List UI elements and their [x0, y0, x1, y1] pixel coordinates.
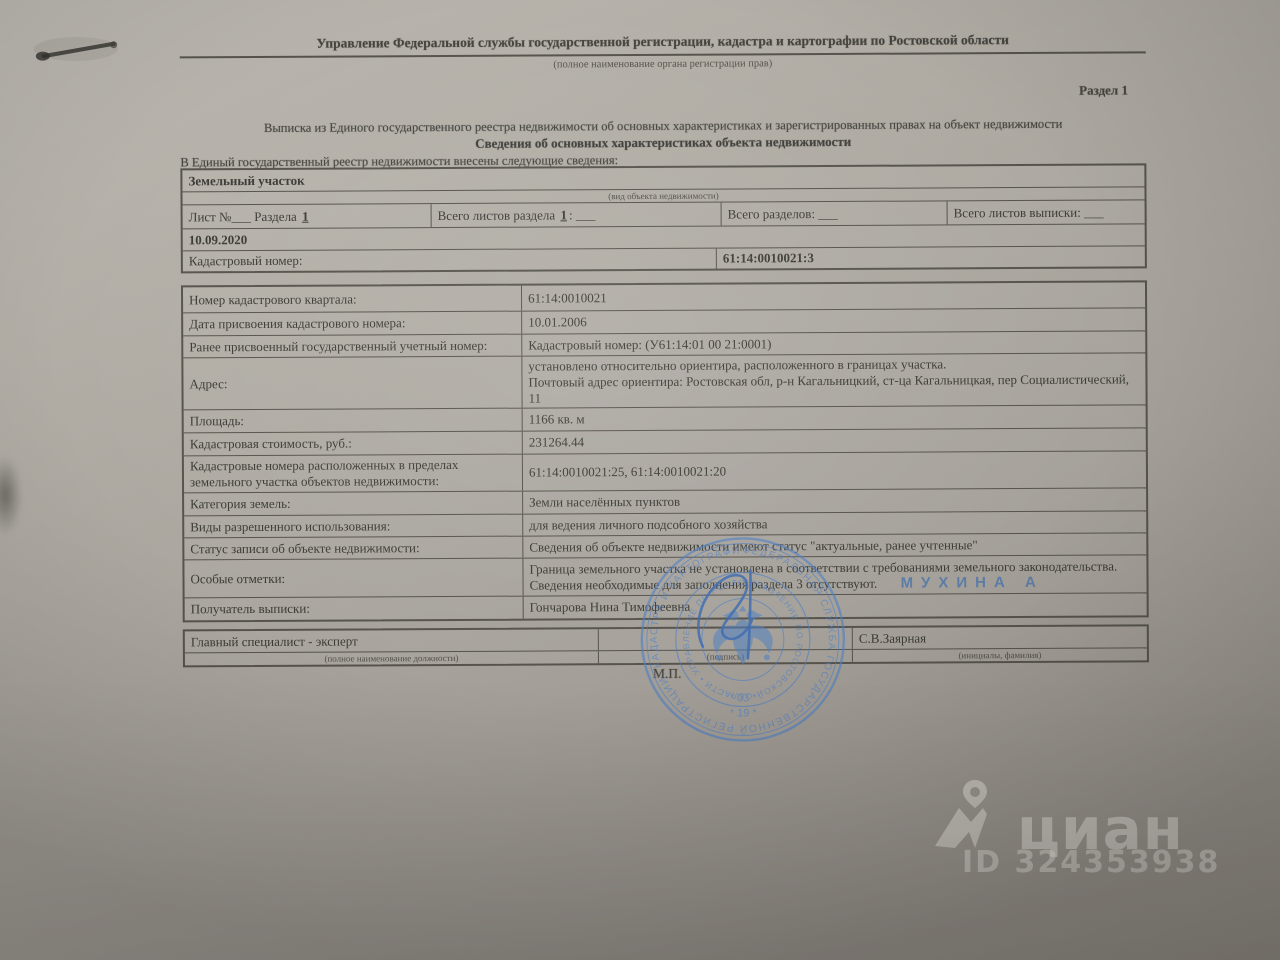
row-label: Номер кадастрового квартала:	[183, 289, 521, 309]
document-titles: Выписка из Единого государственного реес…	[180, 116, 1146, 170]
row-value: 231264.44	[522, 428, 1146, 453]
section-label: Раздел 1	[180, 82, 1128, 103]
cian-listing-id: ID 324353938	[962, 845, 1220, 880]
row-label: Виды разрешенного использования:	[184, 516, 522, 536]
sheet-section-number: 1	[300, 208, 311, 223]
row-label: Площадь:	[184, 411, 522, 431]
row-label: Ранее присвоенный государственный учетны…	[183, 336, 521, 356]
row-label: Получатель выписки:	[185, 599, 523, 619]
sheet-info-row: Лист №___ Раздела 1 Всего листов раздела…	[183, 199, 1145, 228]
row-label: Адрес:	[183, 373, 521, 393]
official-position: Главный специалист - эксперт	[185, 631, 598, 651]
table-row: Номер кадастрового квартала: 61:14:00100…	[183, 282, 1145, 312]
document-header: Управление Федеральной службы государств…	[180, 31, 1146, 72]
sheet-section-label: Раздела	[254, 208, 297, 223]
sheet-number-blank: ___	[231, 209, 251, 224]
total-sections-cell: Всего разделов: ___	[721, 201, 947, 225]
total-sheets-label: Всего листов раздела	[438, 207, 556, 224]
table-row: Кадастровые номера расположенных в преде…	[184, 450, 1146, 492]
staple-mark-icon	[26, 29, 136, 80]
total-extract-sheets-label: Всего листов выписки:	[954, 204, 1081, 221]
cian-watermark: циан	[933, 778, 1184, 852]
row-value: Земли населённых пунктов	[522, 488, 1146, 513]
row-value: для ведения личного подсобного хозяйства	[522, 511, 1146, 535]
total-sheets-colon: :	[569, 207, 573, 223]
cadastral-number-label: Кадастровый номер:	[183, 250, 716, 271]
stamp-number-bottom: * 19 *	[730, 707, 758, 719]
cadastral-number-value: 61:14:0010021:3	[716, 246, 1145, 268]
object-info-table: Земельный участок (вид объекта недвижимо…	[180, 163, 1147, 273]
total-sections-blank: ___	[818, 205, 838, 221]
total-sheets-blank: ___	[576, 207, 596, 223]
stamp-number-top: * 03 *	[730, 692, 758, 704]
total-extract-sheets-cell: Всего листов выписки: ___	[947, 200, 1145, 224]
total-sheets-number: 1	[558, 207, 569, 223]
row-value: установлено относительно ориентира, расп…	[521, 353, 1145, 407]
object-type: Земельный участок	[182, 171, 310, 190]
signature-scribble-icon	[680, 564, 791, 670]
cian-person-pin-icon	[933, 778, 1005, 852]
name-caption: (инициалы, фамилия)	[852, 648, 1147, 662]
row-label: Дата присвоения кадастрового номера:	[183, 314, 521, 334]
row-label: Категория земель:	[184, 494, 522, 514]
row-label: Особые отметки:	[184, 568, 522, 588]
total-sections-label: Всего разделов:	[728, 206, 816, 222]
row-value: 61:14:0010021:25, 61:14:0010021:20	[522, 451, 1146, 490]
row-label: Кадастровые номера расположенных в преде…	[184, 456, 522, 492]
sheet-number-label: Лист №	[189, 209, 232, 224]
name-watermark: МУХИНА А	[900, 574, 1043, 592]
document-photo: Управление Федеральной службы государств…	[0, 0, 1280, 960]
official-name: С.В.Заярная	[852, 626, 1147, 649]
total-sheets-cell: Всего листов раздела 1 : ___	[431, 203, 721, 228]
row-value: 1166 кв. м	[522, 405, 1146, 430]
row-label: Кадастровая стоимость, руб.:	[184, 434, 522, 454]
sheet-number-cell: Лист №___ Раздела 1	[183, 207, 431, 226]
table-row: Адрес: установлено относительно ориентир…	[183, 352, 1145, 409]
row-value: 10.01.2006	[521, 308, 1145, 333]
row-label: Статус записи об объекте недвижимости:	[184, 538, 522, 558]
registration-authority-caption: (полное наименование органа регистрации …	[180, 56, 1146, 72]
total-extract-sheets-blank: ___	[1084, 204, 1104, 220]
position-caption: (полное наименование должности)	[185, 651, 598, 665]
row-value: Кадастровый номер: (У61:14:01 00 21:0001…	[521, 331, 1145, 355]
cadastral-number-row: Кадастровый номер: 61:14:0010021:3	[183, 245, 1145, 271]
row-value: 61:14:0010021	[521, 282, 1145, 310]
extract-date: 10.09.2020	[183, 231, 254, 249]
registration-authority-name: Управление Федеральной службы государств…	[180, 31, 1146, 58]
edge-smudge	[0, 455, 22, 535]
